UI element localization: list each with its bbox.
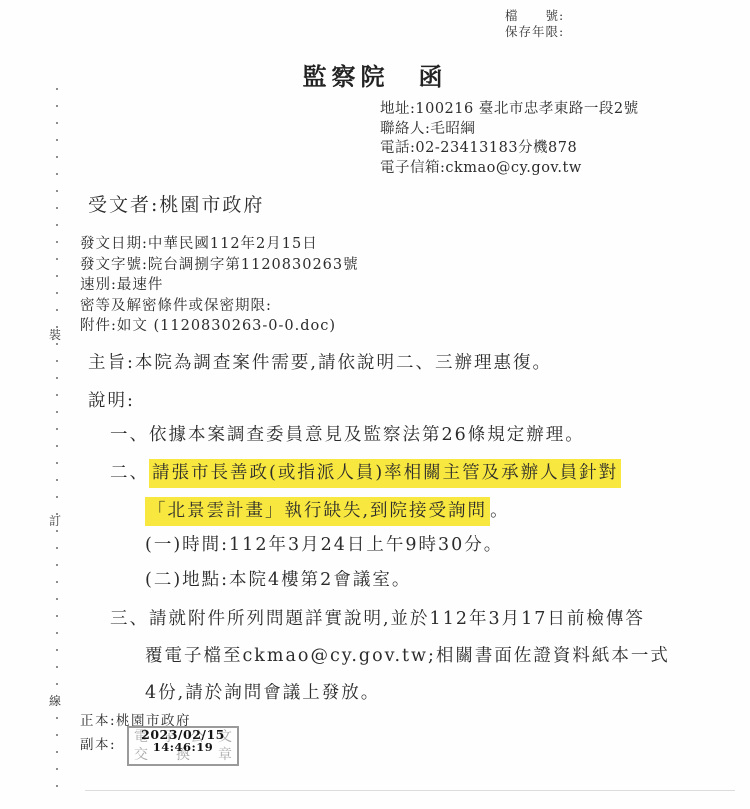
stamp-time: 14:46:19 xyxy=(129,741,237,754)
list-item-2-line2: 「北景雲計畫」執行缺失,到院接受詢問。 xyxy=(145,497,510,522)
list-item-3-line1: 三、請就附件所列問題詳實說明,並於112年3月17日前檢傳答 xyxy=(110,605,645,630)
stamp-datetime-overlay: 2023/02/15 14:46:19 xyxy=(129,729,237,753)
item2-period: 。 xyxy=(490,501,510,521)
recipient-line: 受文者:桃園市政府 xyxy=(88,190,264,217)
sender-address: 地址:100216 臺北市忠孝東路一段2號 xyxy=(380,100,639,120)
file-number-label: 檔 號: xyxy=(505,8,564,24)
sub-item-place: (二)地點:本院4樓第2會議室。 xyxy=(145,566,411,591)
bottom-divider xyxy=(85,790,735,791)
item1-marker: 一、 xyxy=(110,425,149,445)
binding-mark-zhuang: 裝 xyxy=(49,326,61,343)
document-title: 監察院 函 xyxy=(0,57,750,92)
electronic-exchange-stamp: 電 子 公 文 交 換 章 2023/02/15 14:46:19 xyxy=(127,726,239,766)
scanned-official-letter: 裝 訂 線 檔 號: 保存年限: 監察院 函 地址:100216 臺北市忠孝東路… xyxy=(0,0,750,809)
list-item-2-line1: 二、請張市長善政(或指派人員)率相關主管及承辦人員針對 xyxy=(110,459,621,484)
item2-marker: 二、 xyxy=(110,463,149,483)
binding-mark-ding: 訂 xyxy=(49,512,61,529)
duplicate-copy-label: 副本: xyxy=(80,733,116,753)
retention-period-label: 保存年限: xyxy=(505,24,564,40)
doc-number: 發文字號:院台調捌字第1120830263號 xyxy=(80,255,359,276)
binding-mark-xian: 線 xyxy=(49,692,61,709)
document-meta-block: 發文日期:中華民國112年2月15日 發文字號:院台調捌字第1120830263… xyxy=(80,234,359,337)
item3-marker: 三、 xyxy=(110,609,149,629)
sub-item-time: (一)時間:112年3月24日上午9時30分。 xyxy=(145,531,503,556)
item2-highlighted-text-1: 請張市長善政(或指派人員)率相關主管及承辦人員針對 xyxy=(149,459,621,488)
attachment-line: 附件:如文 (1120830263-0-0.doc) xyxy=(80,316,359,337)
sender-info-block: 地址:100216 臺北市忠孝東路一段2號 聯絡人:毛昭綱 電話:02-2341… xyxy=(380,100,639,178)
explanation-label: 說明: xyxy=(88,387,135,412)
sender-email: 電子信箱:ckmao@cy.gov.tw xyxy=(380,159,639,179)
sender-phone: 電話:02-23413183分機878 xyxy=(380,139,639,159)
item1-text: 依據本案調查委員意見及監察法第26條規定辦理。 xyxy=(149,425,585,445)
list-item-3-line3: 4份,請於詢問會議上發放。 xyxy=(145,679,380,704)
item2-highlighted-text-2: 「北景雲計畫」執行缺失,到院接受詢問 xyxy=(145,497,490,526)
file-number-block: 檔 號: 保存年限: xyxy=(505,8,564,39)
speed-class: 速別:最速件 xyxy=(80,275,359,296)
item3-text-1: 請就附件所列問題詳實說明,並於112年3月17日前檢傳答 xyxy=(149,609,645,629)
list-item-1: 一、依據本案調查委員意見及監察法第26條規定辦理。 xyxy=(110,421,585,446)
security-class: 密等及解密條件或保密期限: xyxy=(80,296,359,317)
list-item-3-line2: 覆電子檔至ckmao@cy.gov.tw;相關書面佐證資料紙本一式 xyxy=(145,642,670,667)
issue-date: 發文日期:中華民國112年2月15日 xyxy=(80,234,359,255)
subject-line: 主旨:本院為調查案件需要,請依說明二、三辦理惠復。 xyxy=(88,349,552,374)
binding-dotted-line xyxy=(56,88,58,790)
sender-contact: 聯絡人:毛昭綱 xyxy=(380,120,639,140)
